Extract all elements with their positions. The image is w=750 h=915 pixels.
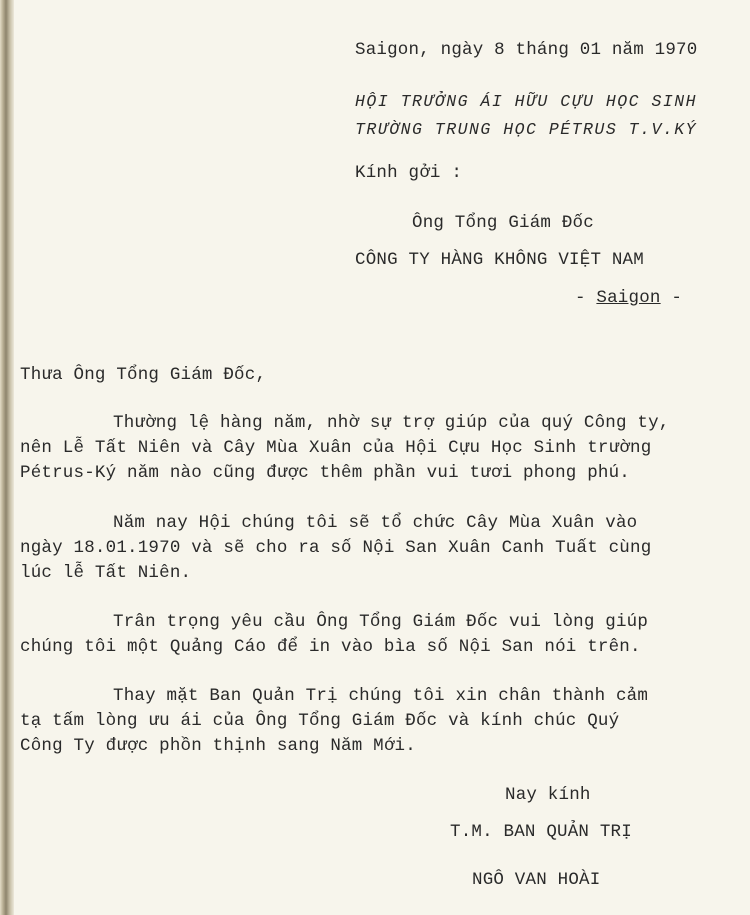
paragraph-3-line-2: chúng tôi một Quảng Cáo để in vào bìa số… [20,637,641,657]
paragraph-4-line-3: Công Ty được phồn thịnh sang Năm Mới. [20,736,416,756]
paragraph-3-line-1: Trân trọng yêu cầu Ông Tổng Giám Đốc vui… [113,612,648,632]
paragraph-1-line-2: nên Lễ Tất Niên và Cây Mùa Xuân của Hội … [20,438,651,458]
paragraph-1-line-1: Thường lệ hàng năm, nhờ sự trợ giúp của … [113,413,670,433]
on-behalf: T.M. BAN QUẢN TRỊ [450,822,632,842]
city-suffix: - [661,288,682,308]
city-name: Saigon [596,288,660,308]
paragraph-2-line-3: lúc lễ Tất Niên. [20,563,191,583]
city-prefix: - [575,288,596,308]
recipient-company: CÔNG TY HÀNG KHÔNG VIỆT NAM [355,250,644,270]
page-binding-shadow [0,0,14,915]
salutation: Thưa Ông Tổng Giám Đốc, [20,365,266,385]
sender-line-1: HỘI TRƯỞNG ÁI HỮU CỰU HỌC SINH [355,92,697,111]
paragraph-4-line-1: Thay mặt Ban Quản Trị chúng tôi xin chân… [113,686,648,706]
recipient-title: Ông Tổng Giám Đốc [412,213,594,233]
sender-line-2: TRƯỜNG TRUNG HỌC PÉTRUS T.V.KÝ [355,120,697,139]
paragraph-1-line-3: Pétrus-Ký năm nào cũng được thêm phần vu… [20,463,630,483]
paragraph-2-line-1: Năm nay Hội chúng tôi sẽ tổ chức Cây Mùa… [113,513,637,533]
greeting-to: Kính gởi : [355,163,462,183]
paragraph-4-line-2: tạ tấm lòng ưu ái của Ông Tổng Giám Đốc … [20,711,619,731]
recipient-city: - Saigon - [575,288,682,308]
closing: Nay kính [505,785,591,805]
signatory: NGÔ VAN HOÀI [472,870,600,890]
date-line: Saigon, ngày 8 tháng 01 năm 1970 [355,40,697,60]
paragraph-2-line-2: ngày 18.01.1970 và sẽ cho ra số Nội San … [20,538,651,558]
